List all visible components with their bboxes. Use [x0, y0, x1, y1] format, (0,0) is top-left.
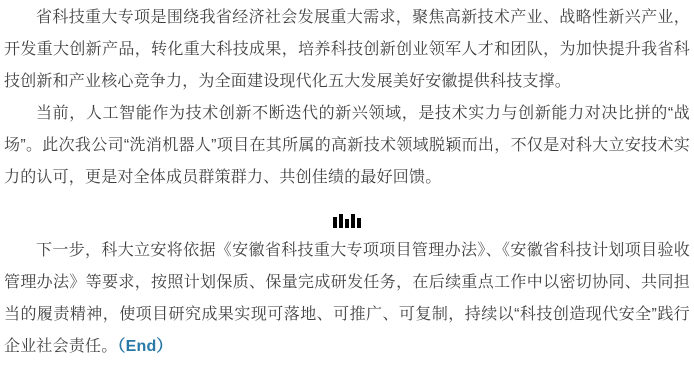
paragraph-province-special-project: 省科技重大专项是围绕我省经济社会发展重大需求，聚焦高新技术产业、战略性新兴产业，…	[4, 2, 690, 98]
paragraph-next-steps-text: 下一步，科大立安将依据《安徽省科技重大专项项目管理办法》、《安徽省科技计划项目验…	[4, 242, 690, 355]
end-marker: （End）	[117, 338, 172, 355]
divider-row	[4, 194, 690, 235]
audio-bars-icon	[333, 214, 361, 228]
paragraph-next-steps: 下一步，科大立安将依据《安徽省科技重大专项项目管理办法》、《安徽省科技计划项目验…	[4, 235, 690, 363]
paragraph-ai-battlefield: 当前，人工智能作为技术创新不断迭代的新兴领域，是技术实力与创新能力对决比拼的“战…	[4, 98, 690, 194]
article-page: 省科技重大专项是围绕我省经济社会发展重大需求，聚焦高新技术产业、战略性新兴产业，…	[0, 0, 694, 366]
